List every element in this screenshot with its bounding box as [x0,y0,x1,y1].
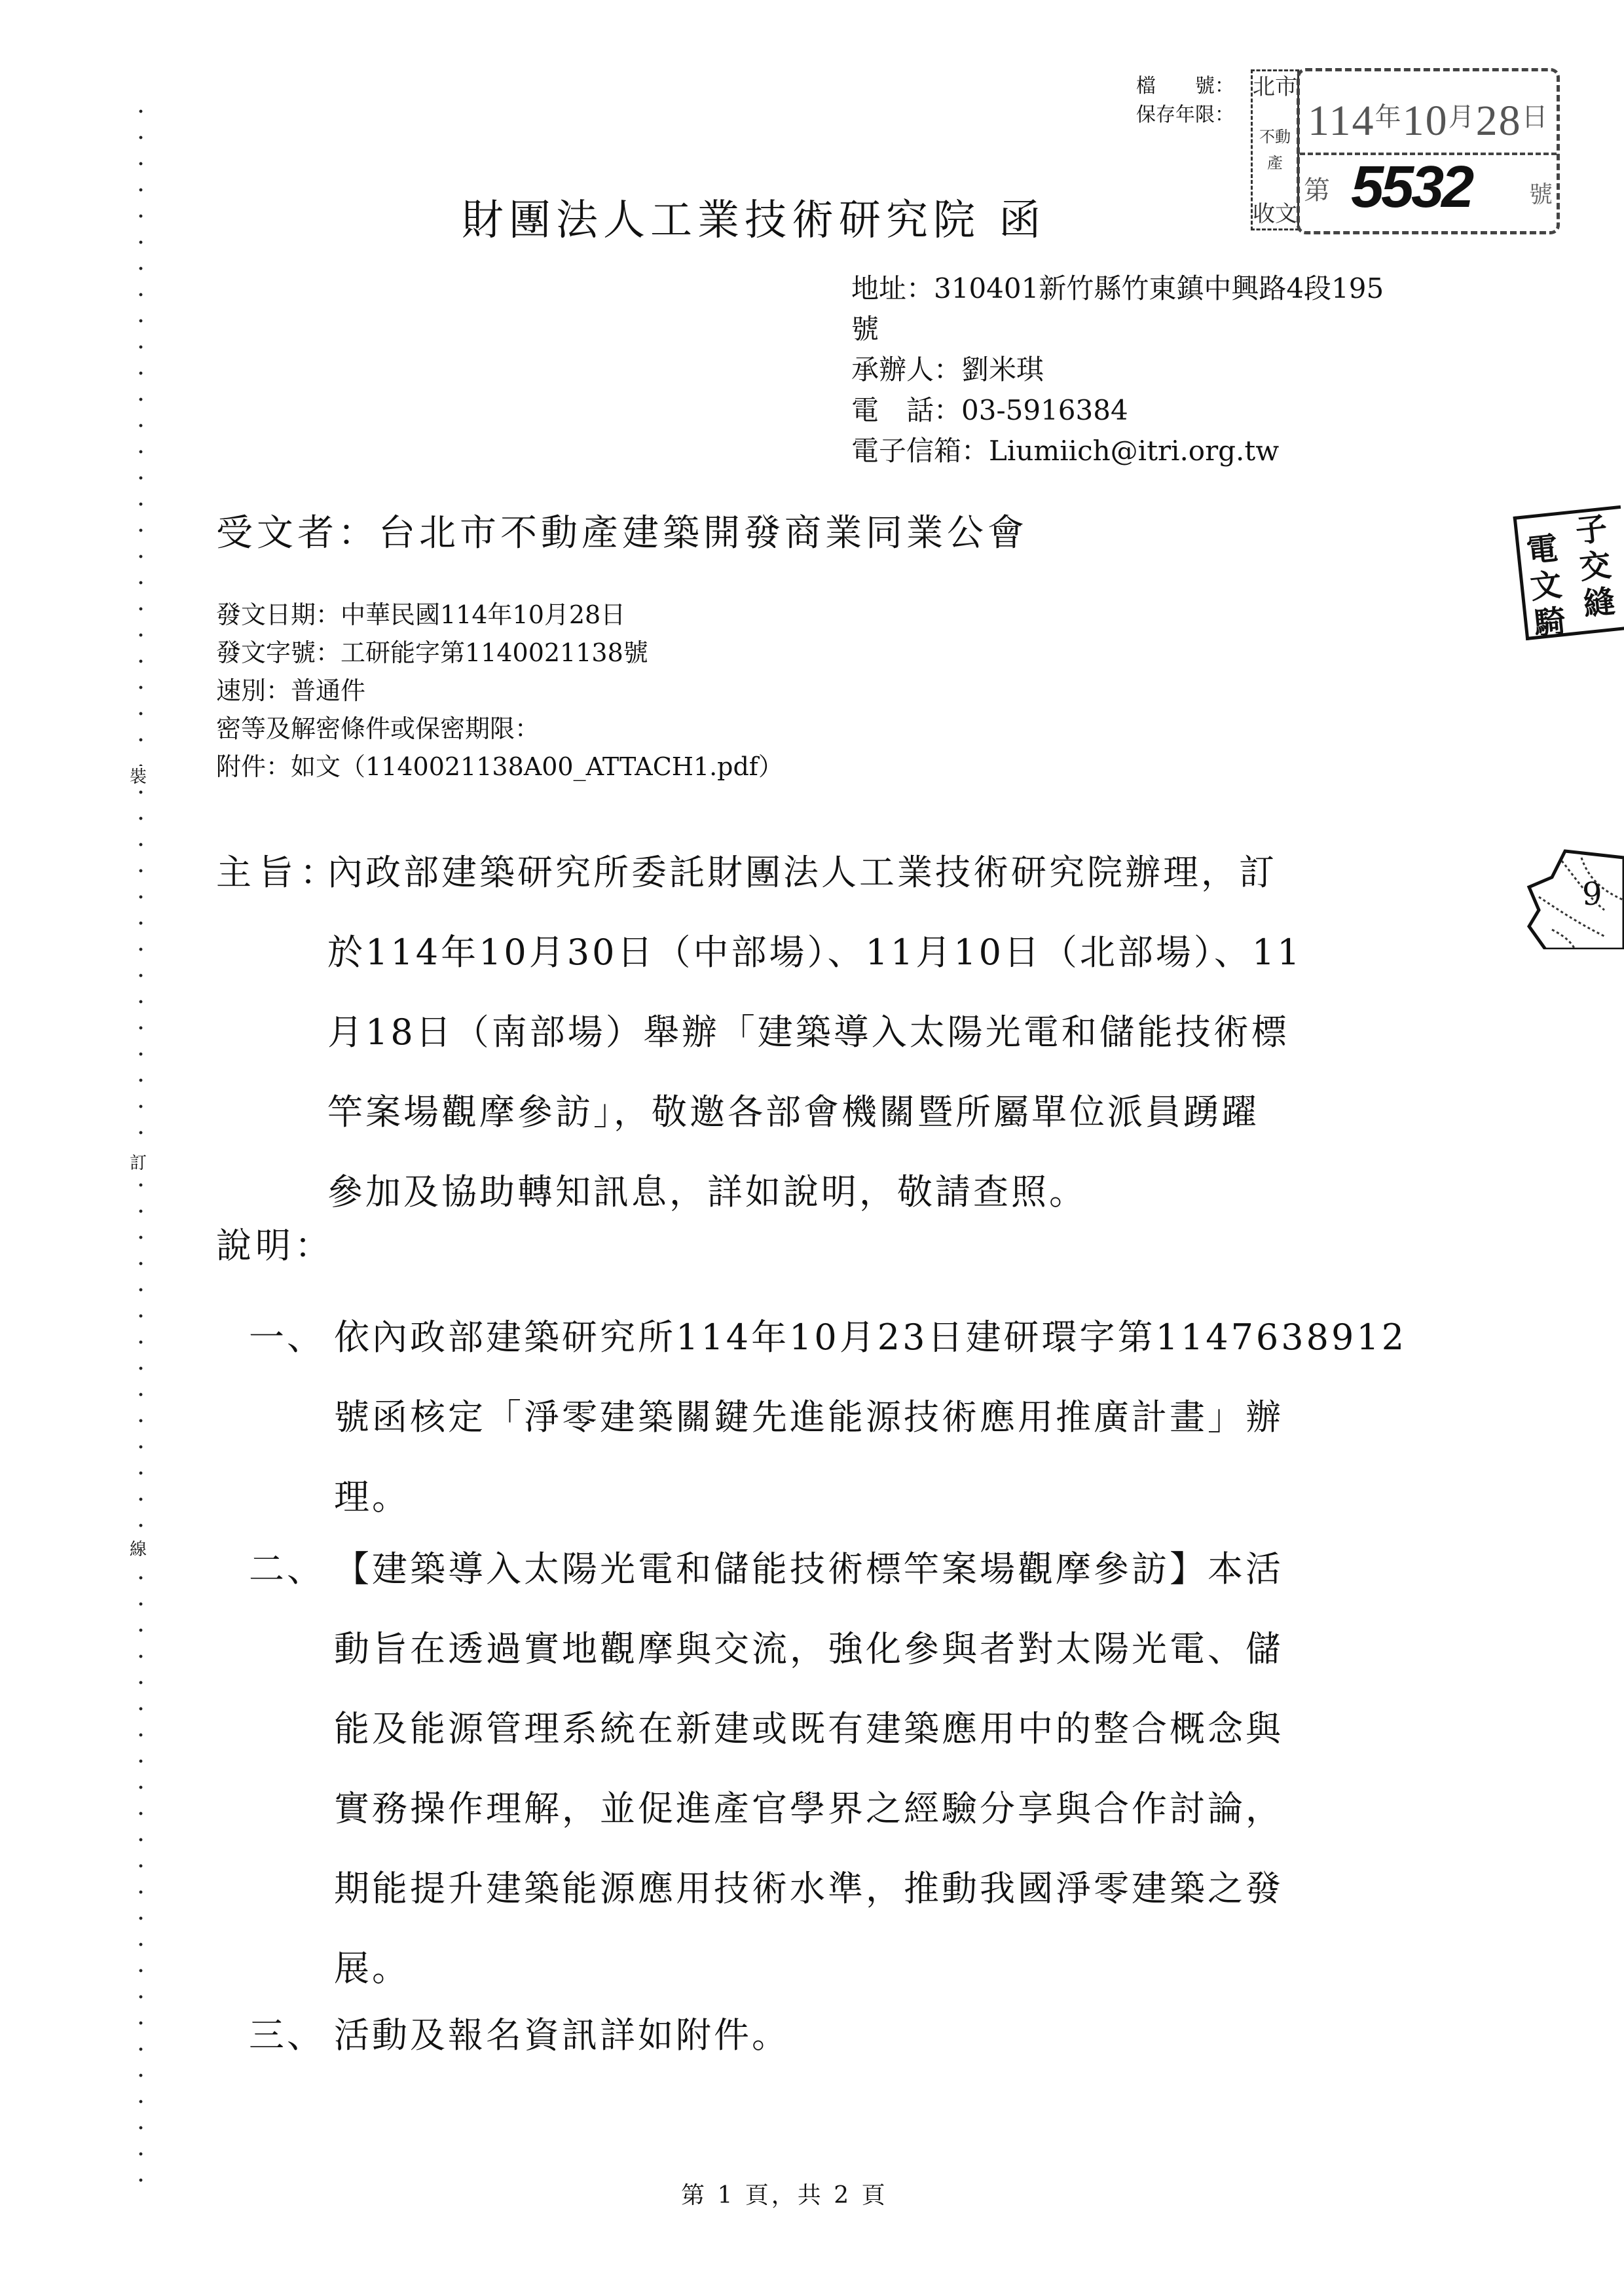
item-line: 依內政部建築研究所114年10月23日建研環字第1147638912 [334,1298,1454,1377]
subject-body: 內政部建築研究所委託財團法人工業技術研究院辦理，訂 於114年10月30日（中部… [327,833,1460,1232]
item-line: 動旨在透過實地觀摩與交流，強化參與者對太陽光電、儲 [334,1609,1454,1689]
stamp-date-day: 28 [1476,97,1522,145]
contact-phone: 電 話：03-5916384 [851,390,1384,431]
subject-line: 竿案場觀摩參訪」，敬邀各部會機關暨所屬單位派員踴躍 [327,1072,1460,1152]
explanation-item-2: 二、 【建築導入太陽光電和儲能技術標竿案場觀摩參訪】本活 動旨在透過實地觀摩與交… [249,1529,1454,2009]
stamp-office-city: 北市 [1253,74,1297,100]
subject-label: 主旨： [216,833,342,913]
item-line: 理。 [334,1457,1454,1537]
stamp-date: 114年10月28日 [1308,96,1549,146]
file-number-label: 檔 號： [1136,72,1234,101]
seal-number: 9 [1582,876,1602,913]
stamp-office-org: 不動產 [1253,124,1297,176]
attachment: 附件：如文（1140021138A00_ATTACH1.pdf） [216,748,783,786]
urgency: 速別：普通件 [216,672,783,710]
item-line: 號函核定「淨零建築關鍵先進能源技術應用推廣計畫」辦 [334,1377,1454,1457]
receipt-stamp-office: 北市 不動產 收文 [1251,69,1299,230]
document-meta: 發文日期：中華民國114年10月28日 發文字號：工研能字第1140021138… [216,596,783,786]
item-body: 依內政部建築研究所114年10月23日建研環字第1147638912 號函核定「… [334,1298,1454,1537]
stamp-char: 交 [1575,547,1615,587]
electronic-document-seam-stamp: 電 文 騎 子 交 縫 [1513,505,1624,640]
stamp-number-suffix: 號 [1529,176,1553,210]
stamp-date-year: 114 [1308,97,1375,145]
stamp-date-month-unit: 月 [1449,102,1476,132]
stamp-date-day-unit: 日 [1522,102,1549,132]
item-number: 一、 [249,1298,325,1377]
item-line: 期能提升建築能源應用技術水準，推動我國淨零建築之發 [334,1849,1454,1929]
sender-info: 地址：310401新竹縣竹東鎮中興路4段195 號 承辦人：劉米琪 電 話：03… [851,268,1384,471]
page-indicator: 第 1 頁，共 2 頁 [681,2177,888,2210]
subject-line: 參加及協助轉知訊息，詳如說明，敬請查照。 [327,1152,1460,1232]
classification: 密等及解密條件或保密期限： [216,710,783,748]
contact-email: 電子信箱：Liumiich@itri.org.tw [851,431,1384,471]
recipient: 受文者：台北市不動產建築開發商業同業公會 [216,504,1028,556]
item-line: 活動及報名資訊詳如附件。 [334,1995,1454,2075]
subject-line: 月18日（南部場）舉辦「建築導入太陽光電和儲能技術標 [327,993,1460,1072]
receipt-stamp: 北市 不動產 收文 114年10月28日 第 5532 號 [1251,68,1560,229]
stamp-date-month: 10 [1403,97,1449,145]
subject-section: 主旨： 內政部建築研究所委託財團法人工業技術研究院辦理，訂 於114年10月30… [216,833,1460,1232]
subject-line: 內政部建築研究所委託財團法人工業技術研究院辦理，訂 [327,833,1460,913]
issue-date: 發文日期：中華民國114年10月28日 [216,596,783,634]
item-line: 實務操作理解，並促進產官學界之經驗分享與合作討論， [334,1769,1454,1849]
document-title: 財團法人工業技術研究院 函 [462,187,1046,247]
explanation-item-3: 三、 活動及報名資訊詳如附件。 [249,1995,1454,2075]
seal-icon [1526,838,1624,949]
stamp-char: 文 [1526,566,1566,607]
stamp-char: 電 [1522,530,1562,570]
stamp-char: 騎 [1530,602,1570,643]
contact-person: 承辦人：劉米琪 [851,350,1384,390]
item-body: 【建築導入太陽光電和儲能技術標竿案場觀摩參訪】本活 動旨在透過實地觀摩與交流，強… [334,1529,1454,2009]
binding-mark-xian: 線 [130,1539,147,1561]
explanation-label: 說明： [216,1218,334,1268]
stamp-char: 縫 [1579,583,1619,623]
subject-line: 於114年10月30日（中部場）、11月10日（北部場）、11 [327,913,1460,993]
stamp-handwritten-number: 5532 [1351,154,1471,221]
receipt-stamp-body: 114年10月28日 第 5532 號 [1297,68,1560,234]
explanation-item-1: 一、 依內政部建築研究所114年10月23日建研環字第1147638912 號函… [249,1298,1454,1537]
seal-stamp: 9 [1526,838,1624,949]
document-number: 發文字號：工研能字第1140021138號 [216,634,783,672]
stamp-col-right: 子 交 縫 [1572,510,1619,623]
stamp-date-year-unit: 年 [1375,102,1403,132]
item-number: 二、 [249,1529,325,1609]
stamp-col-left: 電 文 騎 [1522,530,1570,643]
item-line: 【建築導入太陽光電和儲能技術標竿案場觀摩參訪】本活 [334,1529,1454,1609]
item-number: 三、 [249,1995,325,2075]
retention-period-label: 保存年限： [1136,101,1234,130]
stamp-office-receive: 收文 [1253,201,1297,227]
sender-address-cont: 號 [851,309,1384,350]
binding-margin-dotted-line [139,98,143,2193]
sender-address: 地址：310401新竹縣竹東鎮中興路4段195 [851,268,1384,309]
item-line: 能及能源管理系統在新建或既有建築應用中的整合概念與 [334,1689,1454,1769]
stamp-number-prefix: 第 [1304,170,1330,207]
item-body: 活動及報名資訊詳如附件。 [334,1995,1454,2075]
binding-mark-zhuang: 裝 [130,766,147,788]
file-number-labels: 檔 號： 保存年限： [1136,72,1234,130]
binding-mark-ding: 訂 [130,1152,147,1175]
stamp-char: 子 [1572,510,1612,551]
